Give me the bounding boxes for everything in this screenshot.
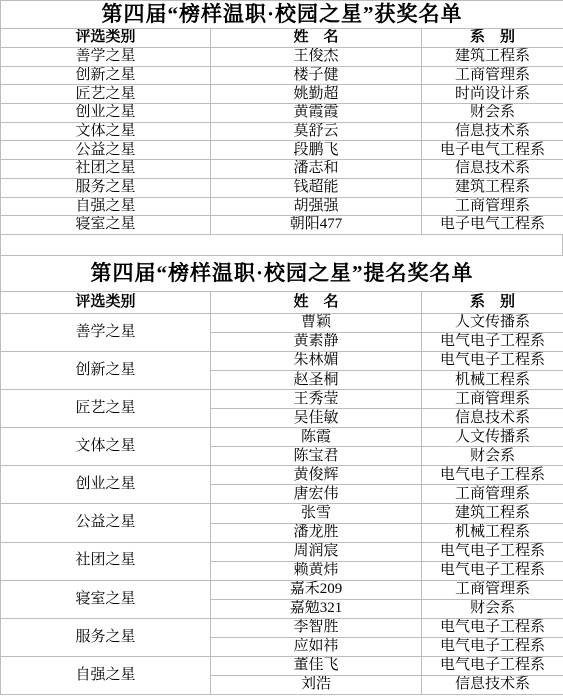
nominee-department-cell: 财会系 [422, 599, 563, 618]
nominee-header-department: 系 别 [422, 292, 563, 314]
nominee-name-cell: 陈霞 [211, 428, 422, 447]
table-row: 创业之星黄俊辉电气电子工程系 [1, 466, 563, 485]
table-row: 匠艺之星王秀莹工商管理系 [1, 390, 563, 409]
nominee-department-cell: 工商管理系 [422, 580, 563, 599]
nominee-department-cell: 电气电子工程系 [422, 561, 563, 580]
award-table-header-row: 评选类别 姓 名 系 别 [1, 29, 563, 48]
nominee-category-cell: 匠艺之星 [1, 390, 211, 428]
award-category-cell: 服务之星 [1, 178, 211, 197]
nominee-name-cell: 嘉禾209 [211, 580, 422, 599]
nominee-name-cell: 黄俊辉 [211, 466, 422, 485]
award-name-cell: 潘志和 [211, 160, 422, 179]
award-header-department: 系 别 [422, 29, 563, 48]
award-department-cell: 电子电气工程系 [422, 141, 563, 160]
nominee-name-cell: 潘龙胜 [211, 523, 422, 542]
table-row: 服务之星李智胜电气电子工程系 [1, 618, 563, 637]
nominee-name-cell: 应如祎 [211, 637, 422, 656]
nominee-category-cell: 自强之星 [1, 656, 211, 694]
nominee-department-cell: 人文传播系 [422, 428, 563, 447]
award-name-cell: 朝阳477 [211, 216, 422, 235]
award-category-cell: 文体之星 [1, 122, 211, 141]
table-separator-band [0, 235, 563, 255]
award-name-cell: 姚勤超 [211, 85, 422, 104]
award-category-cell: 匠艺之星 [1, 85, 211, 104]
nominee-department-cell: 电气电子工程系 [422, 656, 563, 675]
nominee-name-cell: 唐宏伟 [211, 485, 422, 504]
award-category-cell: 社团之星 [1, 160, 211, 179]
nominee-department-cell: 电气电子工程系 [422, 466, 563, 485]
award-name-cell: 莫舒云 [211, 122, 422, 141]
table-row: 创新之星楼子健工商管理系 [1, 66, 563, 85]
nominee-category-cell: 创业之星 [1, 466, 211, 504]
nominee-category-cell: 寝室之星 [1, 580, 211, 618]
award-table-title-row: 第四届“榜样温职·校园之星”获奖名单 [1, 1, 563, 29]
nominee-header-category: 评选类别 [1, 292, 211, 314]
nominee-department-cell: 工商管理系 [422, 485, 563, 504]
nominee-name-cell: 董佳飞 [211, 656, 422, 675]
table-row: 社团之星周润宸电气电子工程系 [1, 542, 563, 561]
nominee-department-cell: 电气电子工程系 [422, 637, 563, 656]
nomination-awards-table: 第四届“榜样温职·校园之星”提名奖名单 评选类别 姓 名 系 别 善学之星曹颖人… [0, 255, 563, 695]
nominee-table-title-row: 第四届“榜样温职·校园之星”提名奖名单 [1, 256, 563, 292]
nominee-department-cell: 工商管理系 [422, 390, 563, 409]
nominee-name-cell: 张雪 [211, 504, 422, 523]
nominee-category-cell: 创新之星 [1, 352, 211, 390]
award-category-cell: 创新之星 [1, 66, 211, 85]
table-row: 创新之星朱林媚电气电子工程系 [1, 352, 563, 371]
nominee-department-cell: 电气电子工程系 [422, 618, 563, 637]
table-row: 匠艺之星姚勤超时尚设计系 [1, 85, 563, 104]
award-winners-table: 第四届“榜样温职·校园之星”获奖名单 评选类别 姓 名 系 别 善学之星王俊杰建… [0, 0, 563, 235]
table-row: 公益之星段鹏飞电子电气工程系 [1, 141, 563, 160]
table-row: 善学之星王俊杰建筑工程系 [1, 48, 563, 67]
nominee-category-cell: 文体之星 [1, 428, 211, 466]
award-category-cell: 创业之星 [1, 104, 211, 123]
award-category-cell: 自强之星 [1, 197, 211, 216]
award-department-cell: 工商管理系 [422, 66, 563, 85]
award-department-cell: 信息技术系 [422, 160, 563, 179]
award-name-cell: 王俊杰 [211, 48, 422, 67]
nominee-table-title: 第四届“榜样温职·校园之星”提名奖名单 [1, 256, 563, 292]
nominee-department-cell: 机械工程系 [422, 523, 563, 542]
award-department-cell: 建筑工程系 [422, 48, 563, 67]
nominee-name-cell: 周润宸 [211, 542, 422, 561]
nominee-department-cell: 信息技术系 [422, 409, 563, 428]
nominee-table-header-row: 评选类别 姓 名 系 别 [1, 292, 563, 314]
nominee-category-cell: 善学之星 [1, 314, 211, 352]
award-department-cell: 工商管理系 [422, 197, 563, 216]
award-department-cell: 电子电气工程系 [422, 216, 563, 235]
award-category-cell: 善学之星 [1, 48, 211, 67]
award-name-cell: 黄霞霞 [211, 104, 422, 123]
nominee-category-cell: 社团之星 [1, 542, 211, 580]
table-row: 寝室之星嘉禾209工商管理系 [1, 580, 563, 599]
award-name-cell: 钱超能 [211, 178, 422, 197]
award-name-cell: 胡强强 [211, 197, 422, 216]
table-row: 文体之星莫舒云信息技术系 [1, 122, 563, 141]
nominee-name-cell: 黄素静 [211, 333, 422, 352]
nominee-category-cell: 公益之星 [1, 504, 211, 542]
award-header-category: 评选类别 [1, 29, 211, 48]
award-name-cell: 段鹏飞 [211, 141, 422, 160]
table-row: 创业之星黄霞霞财会系 [1, 104, 563, 123]
nominee-category-cell: 服务之星 [1, 618, 211, 656]
nominee-department-cell: 信息技术系 [422, 675, 563, 694]
nominee-name-cell: 陈宝君 [211, 447, 422, 466]
nominee-name-cell: 李智胜 [211, 618, 422, 637]
table-row: 服务之星钱超能建筑工程系 [1, 178, 563, 197]
nominee-name-cell: 吴佳敏 [211, 409, 422, 428]
award-department-cell: 时尚设计系 [422, 85, 563, 104]
award-table-title: 第四届“榜样温职·校园之星”获奖名单 [1, 1, 563, 29]
table-row: 社团之星潘志和信息技术系 [1, 160, 563, 179]
nominee-department-cell: 电气电子工程系 [422, 352, 563, 371]
nominee-department-cell: 财会系 [422, 447, 563, 466]
nominee-name-cell: 曹颖 [211, 314, 422, 333]
nominee-department-cell: 电气电子工程系 [422, 542, 563, 561]
table-row: 自强之星董佳飞电气电子工程系 [1, 656, 563, 675]
nominee-header-name: 姓 名 [211, 292, 422, 314]
award-name-cell: 楼子健 [211, 66, 422, 85]
table-row: 寝室之星朝阳477电子电气工程系 [1, 216, 563, 235]
table-row: 文体之星陈霞人文传播系 [1, 428, 563, 447]
nominee-name-cell: 王秀莹 [211, 390, 422, 409]
nominee-name-cell: 刘浩 [211, 675, 422, 694]
nominee-department-cell: 电气电子工程系 [422, 333, 563, 352]
award-department-cell: 建筑工程系 [422, 178, 563, 197]
award-department-cell: 财会系 [422, 104, 563, 123]
nominee-department-cell: 人文传播系 [422, 314, 563, 333]
nominee-name-cell: 朱林媚 [211, 352, 422, 371]
table-row: 善学之星曹颖人文传播系 [1, 314, 563, 333]
award-department-cell: 信息技术系 [422, 122, 563, 141]
nominee-department-cell: 机械工程系 [422, 371, 563, 390]
award-document: 第四届“榜样温职·校园之星”获奖名单 评选类别 姓 名 系 别 善学之星王俊杰建… [0, 0, 563, 698]
award-category-cell: 公益之星 [1, 141, 211, 160]
award-header-name: 姓 名 [211, 29, 422, 48]
table-row: 自强之星胡强强工商管理系 [1, 197, 563, 216]
award-category-cell: 寝室之星 [1, 216, 211, 235]
nominee-name-cell: 赖黄炜 [211, 561, 422, 580]
table-row: 公益之星张雪建筑工程系 [1, 504, 563, 523]
nominee-name-cell: 嘉勉321 [211, 599, 422, 618]
nominee-name-cell: 赵圣桐 [211, 371, 422, 390]
nominee-department-cell: 建筑工程系 [422, 504, 563, 523]
